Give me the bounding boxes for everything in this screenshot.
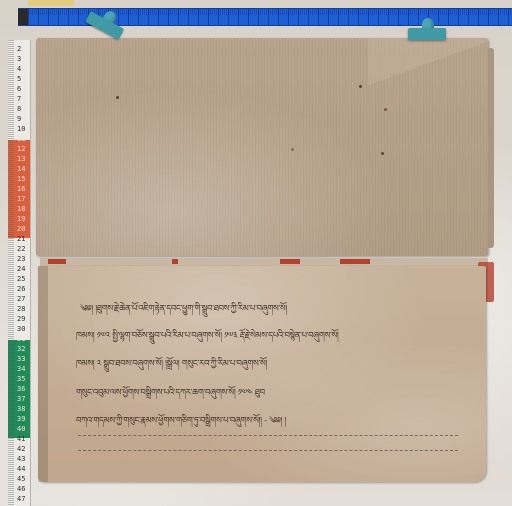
manuscript-line-1: ༄༅། །ཐུགས་རྗེ་ཆེན་པོ་འཇིག་རྟེན་དབང་ཕྱུག་… [80,300,460,323]
manuscript-line-3: ཁམས། ༢ སྒྲུབ་ཐབས་བཞུགས་སོ། །སྒྲོལ། གསུང་… [76,355,454,378]
cover-leaf-edge [488,48,494,248]
ruler-number: 44 [17,465,30,473]
ruler-ticks [8,40,14,506]
red-binding-mark [280,259,300,264]
ruler-number: 22 [17,245,30,253]
red-binding-mark [172,259,178,264]
ruler-number: 6 [17,85,30,93]
yellow-tape [28,0,74,6]
binder-clip-right [408,18,448,48]
ruler-number: 32 [17,345,30,353]
manuscript-line-2: ཁམས། ༡༧༢ སྤྱི་ལྷག་བཅོས་སྒྲུབ་པའི་རིམ་པ་བ… [76,327,460,350]
left-measuring-ruler: 2345678910111213141516171819202122232425… [8,40,31,506]
ruler-number: 2 [17,45,30,53]
leaf-shadow [38,266,48,482]
stain-spot [291,148,294,151]
ruler-number: 41 [17,435,30,443]
ruler-number: 18 [17,205,30,213]
ruler-number: 35 [17,375,30,383]
ruler-number: 10 [17,125,30,133]
ruler-number: 16 [17,185,30,193]
ruler-number: 37 [17,395,30,403]
ruler-number: 20 [17,225,30,233]
ruler-number: 13 [17,155,30,163]
ruler-number: 5 [17,75,30,83]
ruler-number: 9 [17,115,30,123]
ruler-number: 4 [17,65,30,73]
ruler-number: 21 [17,235,30,243]
ruler-number: 30 [17,325,30,333]
ruler-number: 19 [17,215,30,223]
ruler-number: 29 [17,315,30,323]
ruler-number: 34 [17,365,30,373]
ruler-number: 3 [17,55,30,63]
stain-spot [384,108,387,111]
ruler-number: 27 [17,295,30,303]
manuscript-cover-leaf [36,38,488,256]
ruler-number: 8 [17,105,30,113]
stain-spot [359,85,362,88]
manuscript-line-4: གསུང་འབུམ་ལས་ཕྱོགས་བསྒྲིགས་པའི་དཀར་ཆག་བཞ… [76,384,466,407]
ruler-number: 15 [17,175,30,183]
ruler-number: 28 [17,305,30,313]
red-binding-mark [340,259,370,264]
ruler-number: 26 [17,285,30,293]
clip-plate [408,28,446,40]
ruler-number: 23 [17,255,30,263]
stain-spot [381,152,384,155]
ruler-number: 24 [17,265,30,273]
ruler-number: 39 [17,415,30,423]
stain-spot [116,96,119,99]
ruler-number: 17 [17,195,30,203]
manuscript-text-leaf: ༄༅། །ཐུགས་རྗེ་ཆེན་པོ་འཇིག་རྟེན་དབང་ཕྱུག་… [38,266,486,482]
ruler-number: 36 [17,385,30,393]
ruler-number: 40 [17,425,30,433]
ruler-number: 31 [17,335,30,343]
manuscript-annotation-line-1 [78,429,458,436]
ruler-number: 42 [17,445,30,453]
ruler-number: 25 [17,275,30,283]
ruler-end-cap [18,9,28,25]
ruler-number: 7 [17,95,30,103]
ruler-number: 33 [17,355,30,363]
ruler-number: 45 [17,475,30,483]
ruler-number: 38 [17,405,30,413]
ruler-number: 46 [17,485,30,493]
ruler-number: 14 [17,165,30,173]
ruler-number: 12 [17,145,30,153]
red-binding-mark [48,259,66,264]
ruler-number: 47 [17,495,30,503]
ruler-number: 43 [17,455,30,463]
manuscript-annotation-line-2 [78,444,458,451]
ruler-number: 11 [17,135,30,143]
